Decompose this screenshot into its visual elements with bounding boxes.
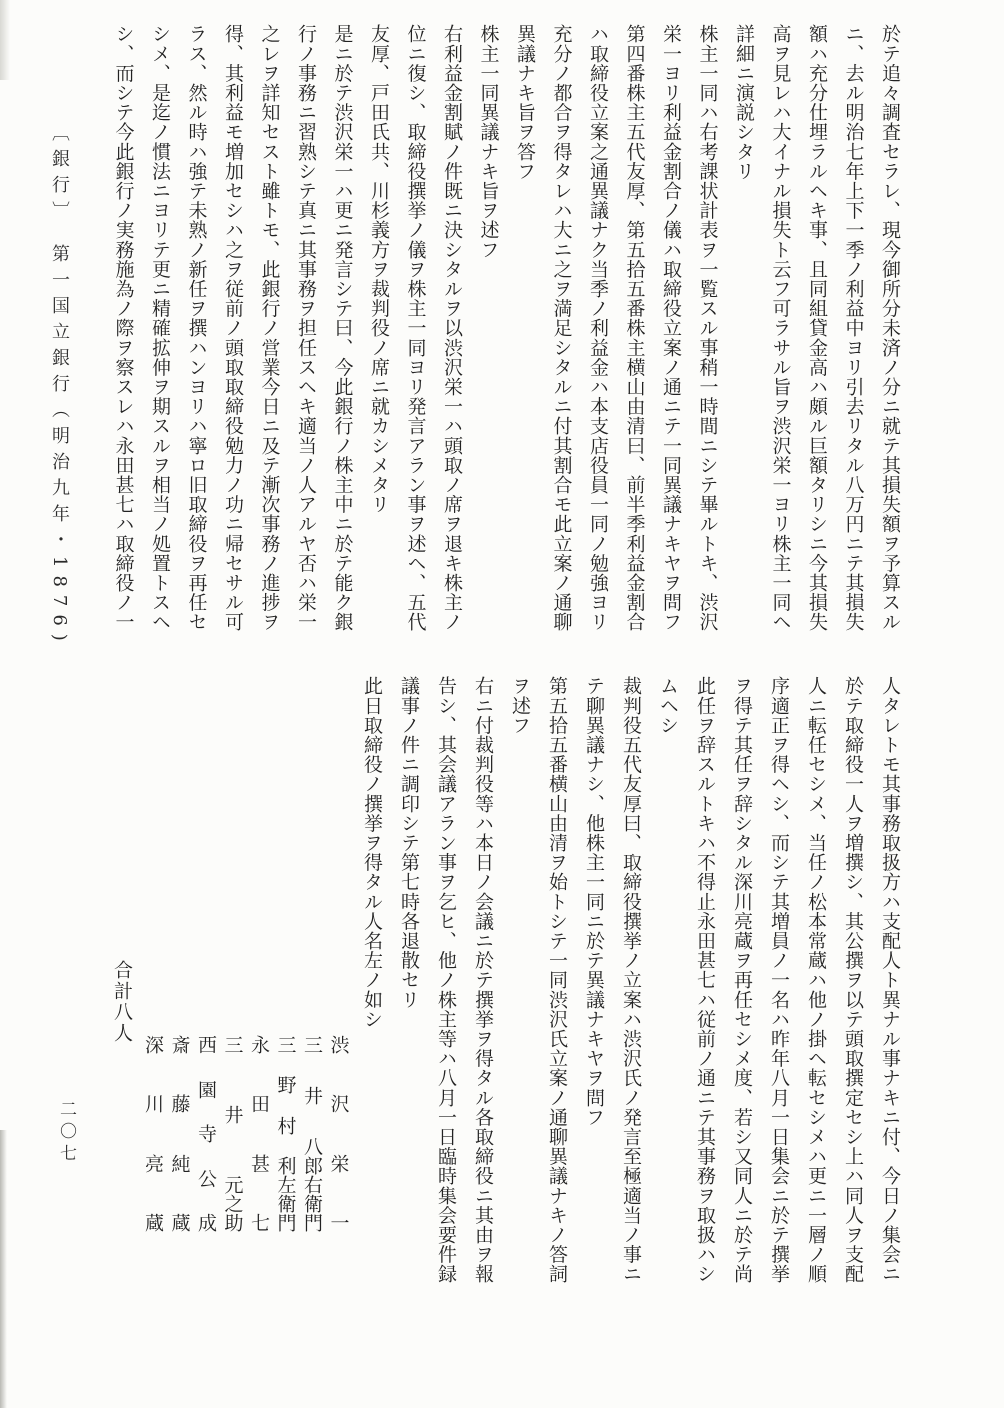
name-surname-char: 井: [221, 1105, 245, 1124]
text-column: 高ヲ見レハ大イナル損失ト云フ可ラサル旨ヲ渋沢栄一ヨリ株主一同ヘ: [762, 24, 799, 669]
director-total-count: 合計八人: [106, 676, 138, 1346]
name-given: 甚: [247, 1154, 271, 1173]
name-given: 一: [327, 1213, 351, 1232]
text-column: 第四番株主五代友厚、第五拾五番株主横山由清曰、前半季利益金割合: [616, 24, 653, 669]
text-column: ムヘシ: [649, 676, 686, 1346]
text-column: 於テ取締役一人ヲ増撰シ、其公撰ヲ以テ頭取撰定セシ上ハ同人ヲ支配: [834, 676, 871, 1346]
name-surname-char: 三: [221, 1035, 245, 1054]
director-name: 三井元之助: [221, 1035, 245, 1232]
name-surname-char: 村: [274, 1116, 298, 1135]
name-surname-char: 井: [300, 1086, 324, 1105]
text-column: 額ハ充分仕埋ラルヘキ事、且同組貸金高ハ頗ル巨額タリシニ今其損失: [799, 24, 836, 669]
name-surname-char: 沢: [327, 1094, 351, 1113]
text-column: シ、而シテ今此銀行ノ実務施為ノ際ヲ察スレハ永田甚七ハ取締役ノ一: [105, 24, 142, 669]
text-column: テ聊異議ナシ、他株主一同ニ於テ異議ナキヤヲ問フ: [575, 676, 612, 1346]
text-column: ヲ得テ其任ヲ辞シタル深川亮蔵ヲ再任セシメ度、若シ又同人ニ於テ尚: [723, 676, 760, 1346]
name-surname-char: 園: [194, 1080, 218, 1099]
name-surname-char: 深: [141, 1035, 165, 1054]
text-column: 第五拾五番横山由清ヲ始トシテ一同渋沢氏立案ノ通聊異議ナキノ答詞: [538, 676, 575, 1346]
name-surname-char: 永: [247, 1035, 271, 1054]
name-surname-char: 川: [141, 1094, 165, 1113]
text-column: 友厚、戸田氏共、川杉義方ヲ裁判役ノ席ニ就カシメタリ: [361, 24, 398, 669]
top-text-block: 於テ追々調査セラレ、現今御所分未済ノ分ニ就テ其損失額ヲ予算スルニ、去ル明治七年上…: [105, 24, 908, 669]
name-given: 蔵: [141, 1213, 165, 1232]
text-column: 株主一同ハ右考課状計表ヲ一覧スル事稍一時間ニシテ畢ルトキ、渋沢: [689, 24, 726, 669]
text-column: 人ニ転任セシメ、当任ノ松本常蔵ハ他ノ掛ヘ転セシメハ更ニ一層ノ順: [797, 676, 834, 1346]
text-column: 裁判役五代友厚曰、取締役撰挙ノ立案ハ渋沢氏ノ発言至極適当ノ事ニ: [612, 676, 649, 1346]
text-column: 右利益金割賦ノ件既ニ決シタルヲ以渋沢栄一ハ頭取ノ席ヲ退キ株主ノ: [434, 24, 471, 669]
text-column: 行ノ事務ニ習熟シテ真ニ其事務ヲ担任スヘキ適当ノ人アルヤ否ハ栄一: [288, 24, 325, 669]
text-column: 充分ノ都合ヲ得タレハ大ニ之ヲ満足シタルニ付其割合モ此立案ノ通聊: [543, 24, 580, 669]
text-column: 株主一同異議ナキ旨ヲ述フ: [470, 24, 507, 669]
text-column: 議事ノ件ニ調印シテ第七時各退散セリ: [390, 676, 427, 1346]
director-name: 三野村利左衛門: [274, 1035, 298, 1232]
director-name: 渋沢栄一: [327, 1035, 351, 1232]
director-name: 西園寺公成: [194, 1035, 218, 1232]
name-surname-char: 斎: [168, 1035, 192, 1054]
text-column: 此任ヲ辞スルトキハ不得止永田甚七ハ従前ノ通ニテ其事務ヲ取扱ハシ: [686, 676, 723, 1346]
name-given: 亮: [141, 1154, 165, 1173]
name-given: 純: [168, 1154, 192, 1173]
text-column: 右ニ付裁判役等ハ本日ノ会議ニ於テ撰挙ヲ得タル各取締役ニ其由ヲ報: [464, 676, 501, 1346]
scan-edge-artifact-left: [0, 1130, 7, 1408]
name-surname-char: 藤: [168, 1094, 192, 1113]
text-column: 於テ追々調査セラレ、現今御所分未済ノ分ニ就テ其損失額ヲ予算スル: [872, 24, 909, 669]
text-column: ハ取締役立案之通異議ナク当季ノ利益金ハ本支店役員一同ノ勉強ヨリ: [580, 24, 617, 669]
name-given: 八郎右衛門: [300, 1137, 324, 1232]
name-surname-char: 渋: [327, 1035, 351, 1054]
text-column: 序適正ヲ得ヘシ、而シテ其増員ノ一名ハ昨年八月一日集会ニ於テ撰挙: [760, 676, 797, 1346]
name-surname-char: 野: [274, 1075, 298, 1094]
text-column: 人タレトモ其事務取扱方ハ支配人ト異ナル事ナキニ付、今日ノ集会ニ: [871, 676, 908, 1346]
name-surname-char: 三: [300, 1035, 324, 1054]
text-column: 異議ナキ旨ヲ答フ: [507, 24, 544, 669]
text-column: 是ニ於テ渋沢栄一ハ更ニ発言シテ曰、今此銀行ノ株主中ニ於テ能ク銀: [324, 24, 361, 669]
name-given: 栄: [327, 1154, 351, 1173]
text-column: 此日取締役ノ撰挙ヲ得タル人名左ノ如シ: [353, 676, 390, 1346]
name-given: 蔵: [168, 1213, 192, 1232]
scan-edge-artifact-top: [0, 0, 10, 80]
name-given: 利左衛門: [274, 1156, 298, 1232]
name-given: 成: [194, 1213, 218, 1232]
name-surname-char: 三: [274, 1035, 298, 1054]
text-column: 告シ、其会議アラン事ヲ乞ヒ、他ノ株主等ハ八月一日臨時集会要件録: [427, 676, 464, 1346]
text-column: 詳細ニ演説シタリ: [726, 24, 763, 669]
text-column: シメ、是迄ノ慣法ニヨリテ更ニ精確拡伸ヲ期スルヲ相当ノ処置トスヘ: [142, 24, 179, 669]
text-column: ヲ述フ: [501, 676, 538, 1346]
text-column: 栄一ヨリ利益金割合ノ儀ハ取締役立案ノ通ニテ一同異議ナキヤヲ問フ: [653, 24, 690, 669]
text-column: 位ニ復シ、取締役撰挙ノ儀ヲ株主一同ヨリ発言アラン事ヲ述ヘ、五代: [397, 24, 434, 669]
name-surname-char: 田: [247, 1094, 271, 1113]
bottom-text-block: 人タレトモ其事務取扱方ハ支配人ト異ナル事ナキニ付、今日ノ集会ニ於テ取締役一人ヲ増…: [103, 676, 908, 1346]
name-given: 元之助: [221, 1175, 245, 1232]
text-column: 之レヲ詳知セスト雖トモ、此銀行ノ営業今日ニ及テ漸次事務ノ進捗ヲ: [251, 24, 288, 669]
director-name: 永田甚七: [247, 1035, 271, 1232]
name-given: 七: [247, 1213, 271, 1232]
scanned-document-page: 於テ追々調査セラレ、現今御所分未済ノ分ニ就テ其損失額ヲ予算スルニ、去ル明治七年上…: [0, 0, 1004, 1408]
director-name: 深川亮蔵: [141, 1035, 165, 1232]
text-column: ニ、去ル明治七年上下一季ノ利益中ヨリ引去リタル八万円ニテ其損失: [835, 24, 872, 669]
name-given: 公: [194, 1169, 218, 1188]
name-surname-char: 西: [194, 1035, 218, 1054]
text-column: 得、其利益モ増加セシハ之ヲ従前ノ頭取取締役勉力ノ功ニ帰セサル可: [215, 24, 252, 669]
director-name: 斎藤純蔵: [168, 1035, 192, 1232]
running-header: 〔銀行〕 第一国立銀行（明治九年・1876): [46, 123, 72, 723]
director-name: 三井八郎右衛門: [300, 1035, 324, 1232]
name-surname-char: 寺: [194, 1124, 218, 1143]
text-column: ラス、然ル時ハ強テ未熟ノ新任ヲ撰ハンヨリハ寧ロ旧取締役ヲ再任セ: [178, 24, 215, 669]
page-number: 二〇七: [54, 1100, 79, 1220]
